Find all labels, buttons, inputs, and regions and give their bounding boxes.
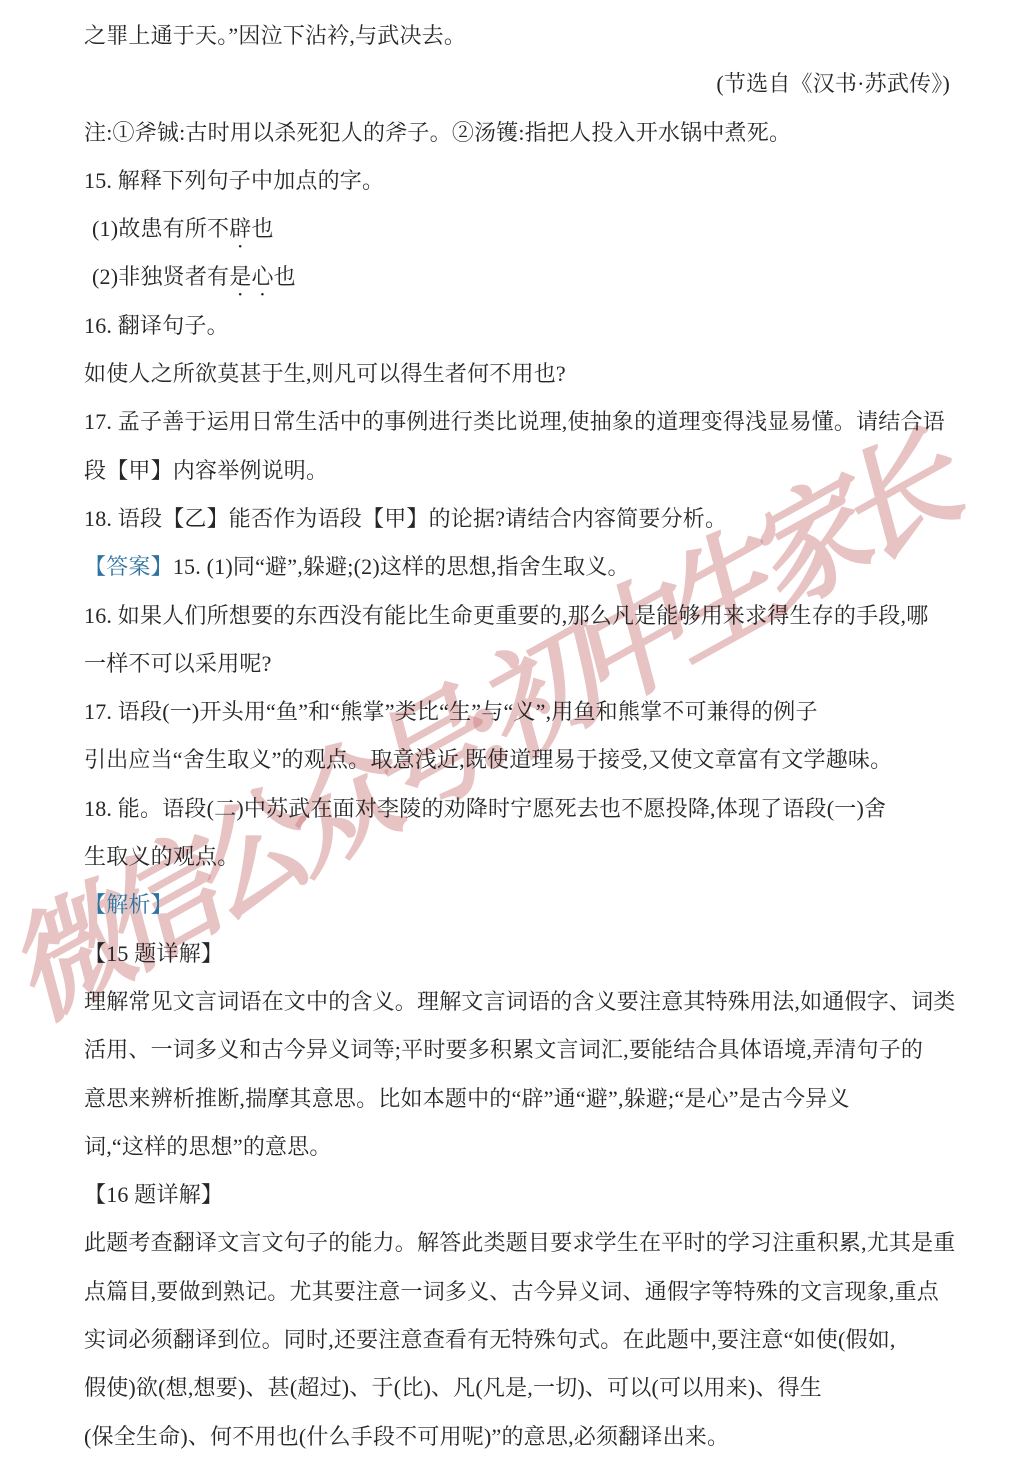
answer-16-line-2: 一样不可以采用呢?: [84, 640, 950, 688]
text-segment: 之罪上通于天。”因泣下沾衿,与武决去。: [84, 23, 466, 48]
text-segment: 17. 孟子善于运用日常生活中的事例进行类比说理,使抽象的道理变得浅显易懂。请结…: [84, 409, 945, 434]
question-17-stem-line-1: 17. 孟子善于运用日常生活中的事例进行类比说理,使抽象的道理变得浅显易懂。请结…: [84, 398, 950, 446]
text-segment: 注:①斧铖:古时用以杀死犯人的斧子。②汤镬:指把人投入开水锅中煮死。: [84, 120, 791, 145]
detail-16-line-2: 点篇目,要做到熟记。尤其要注意一词多义、古今异义词、通假字等特殊的文言现象,重点: [84, 1268, 950, 1316]
detail-16-header: 【16 题详解】: [84, 1171, 950, 1219]
question-15-stem: 15. 解释下列句子中加点的字。: [84, 157, 950, 205]
text-segment: (1)故患有所不: [92, 216, 229, 241]
text-segment: 也: [274, 264, 296, 289]
text-segment: 理解常见文言词语在文中的含义。理解文言词语的含义要注意其特殊用法,如通假字、词类: [84, 989, 956, 1014]
text-segment: 如使人之所欲莫甚于生,则凡可以得生者何不用也?: [84, 361, 566, 386]
question-17-stem-line-2: 段【甲】内容举例说明。: [84, 447, 950, 495]
text-segment: 16. 翻译句子。: [84, 313, 229, 338]
text-segment: (节选自《汉书·苏武传》): [716, 71, 950, 96]
detail-16-line-5: (保全生命)、何不用也(什么手段不可用呢)”的意思,必须翻译出来。: [84, 1413, 950, 1461]
source-attribution: (节选自《汉书·苏武传》): [84, 60, 950, 108]
text-segment: 【15 题详解】: [84, 941, 223, 966]
text-segment: 【16 题详解】: [84, 1182, 223, 1207]
passage-excerpt-line: 之罪上通于天。”因泣下沾衿,与武决去。: [84, 12, 950, 60]
detail-15-line-4: 词,“这样的思想”的意思。: [84, 1123, 950, 1171]
analysis-label: 【解析】: [84, 892, 173, 917]
text-segment: 17. 语段(一)开头用“鱼”和“熊掌”类比“生”与“义”,用鱼和熊掌不可兼得的…: [84, 699, 818, 724]
text-segment: 意思来辨析推断,揣摩其意思。比如本题中的“辟”通“避”,躲避;“是心”是古今异义: [84, 1086, 850, 1111]
detail-16-line-3: 实词必须翻译到位。同时,还要注意查看有无特殊句式。在此题中,要注意“如使(假如,: [84, 1316, 950, 1364]
text-segment: 一样不可以采用呢?: [84, 651, 272, 676]
text-segment: 实词必须翻译到位。同时,还要注意查看有无特殊句式。在此题中,要注意“如使(假如,: [84, 1327, 896, 1352]
note-line: 注:①斧铖:古时用以杀死犯人的斧子。②汤镬:指把人投入开水锅中煮死。: [84, 109, 950, 157]
text-segment: 此题考查翻译文言文句子的能力。解答此类题目要求学生在平时的学习注重积累,尤其是重: [84, 1230, 956, 1255]
question-15-item-2: (2)非独贤者有是心也: [84, 253, 950, 301]
text-segment: 假使)欲(想,想要)、甚(超过)、于(比)、凡(凡是,一切)、可以(可以用来)、…: [84, 1375, 822, 1400]
analysis-header: 【解析】: [84, 881, 950, 929]
text-segment: 生取义的观点。: [84, 844, 239, 869]
answer-18-line-1: 18. 能。语段(二)中苏武在面对李陵的劝降时宁愿死去也不愿投降,体现了语段(一…: [84, 785, 950, 833]
text-segment: (保全生命)、何不用也(什么手段不可用呢)”的意思,必须翻译出来。: [84, 1424, 729, 1449]
answer-16-line-1: 16. 如果人们所想要的东西没有能比生命更重要的,那么凡是能够用来求得生存的手段…: [84, 592, 950, 640]
text-segment: 15. (1)同“避”,躲避;(2)这样的思想,指舍生取义。: [173, 554, 630, 579]
question-18-stem: 18. 语段【乙】能否作为语段【甲】的论据?请结合内容简要分析。: [84, 495, 950, 543]
text-segment: 18. 能。语段(二)中苏武在面对李陵的劝降时宁愿死去也不愿投降,体现了语段(一…: [84, 796, 886, 821]
document-body: 之罪上通于天。”因泣下沾衿,与武决去。(节选自《汉书·苏武传》)注:①斧铖:古时…: [0, 0, 1034, 1464]
answer-label: 【答案】: [84, 554, 173, 579]
text-segment: 也: [251, 216, 273, 241]
question-16-sentence: 如使人之所欲莫甚于生,则凡可以得生者何不用也?: [84, 350, 950, 398]
text-segment: 点篇目,要做到熟记。尤其要注意一词多义、古今异义词、通假字等特殊的文言现象,重点: [84, 1279, 939, 1304]
detail-16-line-1: 此题考查翻译文言文句子的能力。解答此类题目要求学生在平时的学习注重积累,尤其是重: [84, 1219, 950, 1267]
detail-15-line-2: 活用、一词多义和古今异义词等;平时要多积累文言词汇,要能结合具体语境,弄清句子的: [84, 1026, 950, 1074]
text-segment: (2)非独贤者有: [92, 264, 229, 289]
question-16-stem: 16. 翻译句子。: [84, 302, 950, 350]
answer-18-line-2: 生取义的观点。: [84, 833, 950, 881]
answer-17-line-2: 引出应当“舍生取义”的观点。取意浅近,既使道理易于接受,又使文章富有文学趣味。: [84, 736, 950, 784]
detail-16-line-4: 假使)欲(想,想要)、甚(超过)、于(比)、凡(凡是,一切)、可以(可以用来)、…: [84, 1364, 950, 1412]
text-segment: 16. 如果人们所想要的东西没有能比生命更重要的,那么凡是能够用来求得生存的手段…: [84, 603, 928, 628]
text-segment: 18. 语段【乙】能否作为语段【甲】的论据?请结合内容简要分析。: [84, 506, 727, 531]
text-segment: 活用、一词多义和古今异义词等;平时要多积累文言词汇,要能结合具体语境,弄清句子的: [84, 1037, 923, 1062]
answer-17-line-1: 17. 语段(一)开头用“鱼”和“熊掌”类比“生”与“义”,用鱼和熊掌不可兼得的…: [84, 688, 950, 736]
answer-15-line: 【答案】15. (1)同“避”,躲避;(2)这样的思想,指舍生取义。: [84, 543, 950, 591]
text-segment: 辟: [229, 216, 251, 241]
text-segment: 引出应当“舍生取义”的观点。取意浅近,既使道理易于接受,又使文章富有文学趣味。: [84, 747, 892, 772]
text-segment: 是心: [229, 264, 273, 289]
text-segment: 词,“这样的思想”的意思。: [84, 1134, 332, 1159]
page: 微信公众号:初中生家长 之罪上通于天。”因泣下沾衿,与武决去。(节选自《汉书·苏…: [0, 0, 1034, 1464]
detail-15-line-1: 理解常见文言词语在文中的含义。理解文言词语的含义要注意其特殊用法,如通假字、词类: [84, 978, 950, 1026]
question-15-item-1: (1)故患有所不辟也: [84, 205, 950, 253]
text-segment: 15. 解释下列句子中加点的字。: [84, 168, 384, 193]
detail-15-line-3: 意思来辨析推断,揣摩其意思。比如本题中的“辟”通“避”,躲避;“是心”是古今异义: [84, 1075, 950, 1123]
detail-15-header: 【15 题详解】: [84, 930, 950, 978]
text-segment: 段【甲】内容举例说明。: [84, 458, 328, 483]
